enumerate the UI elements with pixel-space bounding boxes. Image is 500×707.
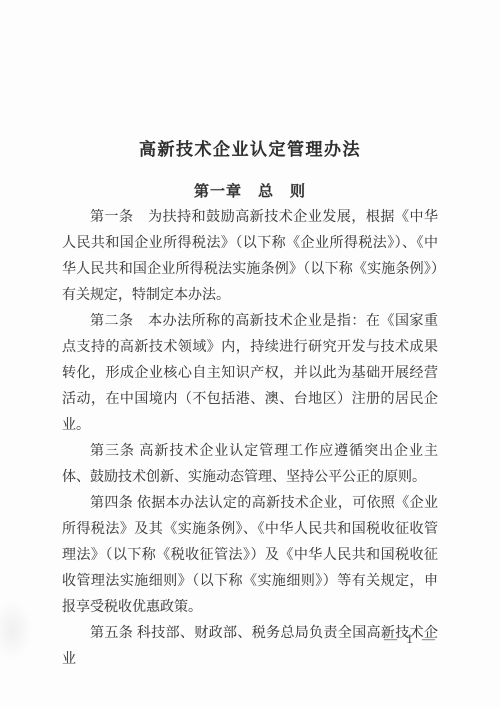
article-2-paragraph: 第二条 本办法所称的高新技术企业是指：在《国家重点支持的高新技术领域》内，持续进…: [62, 309, 438, 439]
article-4-paragraph: 第四条 依据本办法认定的高新技术企业，可依照《企业所得税法》及其《实施条例》、《…: [62, 491, 438, 621]
article-5-paragraph: 第五条 科技部、财政部、税务总局负责全国高新技术企业: [62, 621, 438, 673]
chapter-heading: 第一章 总 则: [0, 180, 500, 201]
article-1-paragraph: 第一条 为扶持和鼓励高新技术企业发展，根据《中华人民共和国企业所得税法》（以下称…: [62, 205, 438, 309]
document-body: 第一条 为扶持和鼓励高新技术企业发展，根据《中华人民共和国企业所得税法》（以下称…: [62, 205, 438, 673]
scanned-document-page: 高新技术企业认定管理办法 第一章 总 则 第一条 为扶持和鼓励高新技术企业发展，…: [0, 0, 500, 707]
document-title: 高新技术企业认定管理办法: [0, 135, 500, 160]
page-number: — 1 —: [384, 631, 438, 647]
article-3-paragraph: 第三条 高新技术企业认定管理工作应遵循突出企业主体、鼓励技术创新、实施动态管理、…: [62, 439, 438, 491]
